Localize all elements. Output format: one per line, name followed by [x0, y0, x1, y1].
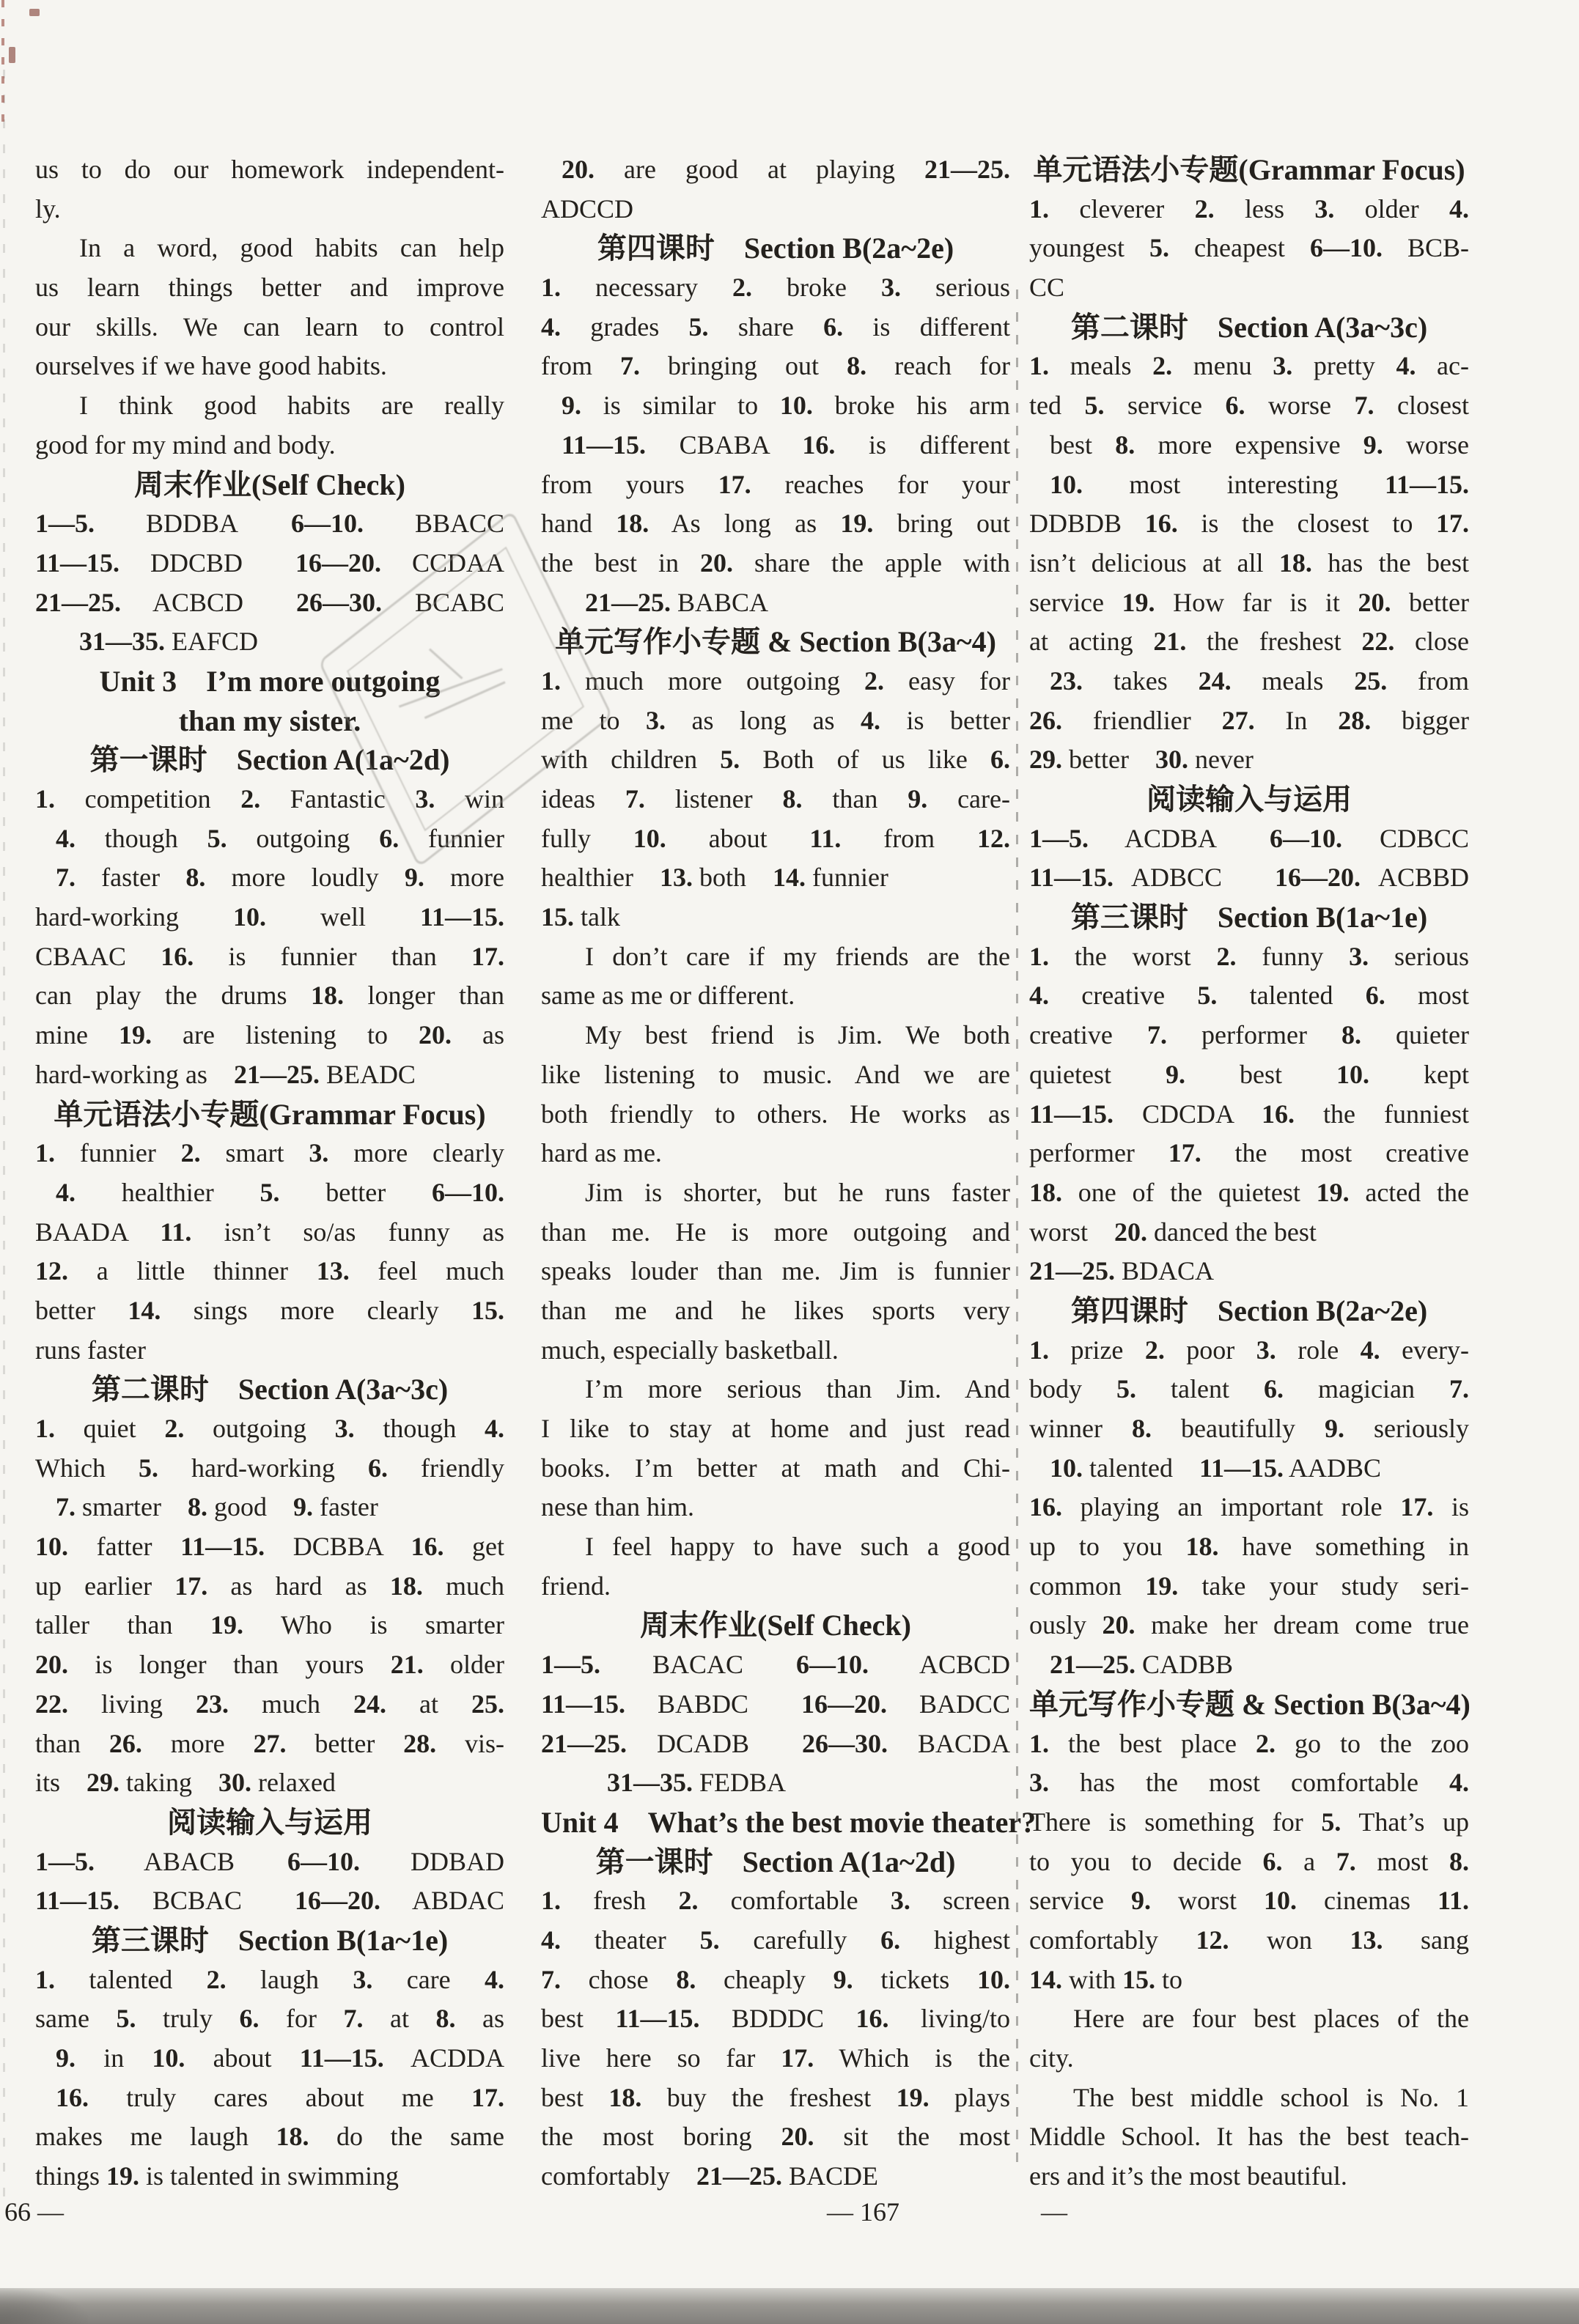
- text-line: 23. takes 24. meals 25. from: [1029, 662, 1469, 701]
- ink-speck: [9, 47, 15, 63]
- text-line: Which 5. hard-working 6. friendly: [35, 1449, 504, 1489]
- section-heading: 第四课时 Section B(2a~2e): [1029, 1291, 1469, 1331]
- text-line: 9. is similar to 10. broke his arm: [541, 386, 1010, 426]
- text-line: 20. is longer than yours 21. older: [35, 1645, 504, 1685]
- text-line: better 14. sings more clearly 15.: [35, 1291, 504, 1331]
- section-heading: 第二课时 Section A(3a~3c): [35, 1370, 504, 1409]
- section-heading: 第四课时 Section B(2a~2e): [541, 229, 1010, 268]
- section-heading: 周末作业(Self Check): [35, 465, 504, 505]
- text-line: I’m more serious than Jim. And: [541, 1370, 1010, 1409]
- text-line: at acting 21. the freshest 22. close: [1029, 622, 1469, 662]
- text-line: 4. grades 5. share 6. is different: [541, 308, 1010, 347]
- text-line: best 18. buy the freshest 19. plays: [541, 2078, 1010, 2118]
- text-line: There is something for 5. That’s up: [1029, 1803, 1469, 1842]
- text-line: 1. necessary 2. broke 3. serious: [541, 268, 1010, 308]
- text-line: Middle School. It has the best teach-: [1029, 2117, 1469, 2157]
- text-line: me to 3. as long as 4. is better: [541, 701, 1010, 741]
- text-line: 11—15. DDCBD 16—20. CCDAA: [35, 544, 504, 583]
- section-heading: 第三课时 Section B(1a~1e): [35, 1921, 504, 1960]
- text-line: 10. talented 11—15. AADBC: [1029, 1449, 1469, 1489]
- text-line: 1. fresh 2. comfortable 3. screen: [541, 1881, 1010, 1921]
- text-line: 4. creative 5. talented 6. most: [1029, 976, 1469, 1016]
- text-line: ted 5. service 6. worse 7. closest: [1029, 386, 1469, 426]
- text-line: can play the drums 18. longer than: [35, 976, 504, 1016]
- text-line: both friendly to others. He works as: [541, 1095, 1010, 1135]
- text-line: 14. with 15. to: [1029, 1960, 1469, 2000]
- column-divider-dashed-line: [1016, 289, 1018, 2173]
- text-line: 10. most interesting 11—15.: [1029, 465, 1469, 505]
- text-line: hard as me.: [541, 1134, 1010, 1173]
- text-line: 11—15. ADBCC 16—20. ACBBD: [1029, 858, 1469, 898]
- section-heading: 单元语法小专题(Grammar Focus): [35, 1095, 504, 1135]
- text-line: to you to decide 6. a 7. most 8.: [1029, 1842, 1469, 1882]
- section-heading: 单元语法小专题(Grammar Focus): [1029, 150, 1469, 190]
- text-line: 11—15. BCBAC 16—20. ABDAC: [35, 1881, 504, 1921]
- section-heading: than my sister.: [35, 701, 504, 741]
- text-line: best 11—15. BDDDC 16. living/to: [541, 1999, 1010, 2039]
- text-line: 4. theater 5. carefully 6. highest: [541, 1921, 1010, 1960]
- text-line: 4. healthier 5. better 6—10.: [35, 1173, 504, 1213]
- text-line: things 19. is talented in swimming: [35, 2157, 504, 2196]
- text-line: from 7. bringing out 8. reach for: [541, 347, 1010, 386]
- text-line: mine 19. are listening to 20. as: [35, 1016, 504, 1055]
- text-line: 31—35. EAFCD: [35, 622, 504, 662]
- text-line: 1. talented 2. laugh 3. care 4.: [35, 1960, 504, 2000]
- text-line: our skills. We can learn to control: [35, 308, 504, 347]
- text-line: ly.: [35, 190, 504, 229]
- text-line: In a word, good habits can help: [35, 229, 504, 268]
- text-line: 1. the worst 2. funny 3. serious: [1029, 937, 1469, 977]
- text-line: performer 17. the most creative: [1029, 1134, 1469, 1173]
- text-line: 20. are good at playing 21—25.: [541, 150, 1010, 190]
- text-line: good for my mind and body.: [35, 426, 504, 465]
- text-line: worst 20. danced the best: [1029, 1213, 1469, 1253]
- text-line: 1—5. ABACB 6—10. DDBAD: [35, 1842, 504, 1882]
- text-line: hard-working 10. well 11—15.: [35, 898, 504, 937]
- text-line: body 5. talent 6. magician 7.: [1029, 1370, 1469, 1409]
- text-line: 29. better 30. never: [1029, 740, 1469, 780]
- text-line: 9. in 10. about 11—15. ACDDA: [35, 2039, 504, 2078]
- text-line: 21—25. DCADB 26—30. BACDA: [541, 1724, 1010, 1764]
- page-number-left: 66 —: [4, 2193, 64, 2232]
- text-line: comfortably 21—25. BACDE: [541, 2157, 1010, 2196]
- ink-speck: [29, 9, 40, 16]
- text-line: the best in 20. share the apple with: [541, 544, 1010, 583]
- text-line: 1. competition 2. Fantastic 3. win: [35, 780, 504, 819]
- left-edge-dashed-line: [3, 70, 5, 2199]
- text-line: 7. chose 8. cheaply 9. tickets 10.: [541, 1960, 1010, 2000]
- text-line: friend.: [541, 1567, 1010, 1606]
- text-line: same 5. truly 6. for 7. at 8. as: [35, 1999, 504, 2039]
- text-line: us to do our homework independent-: [35, 150, 504, 190]
- text-line: taller than 19. Who is smarter: [35, 1606, 504, 1645]
- text-line: CC: [1029, 268, 1469, 308]
- text-line: much, especially basketball.: [541, 1331, 1010, 1371]
- text-line: healthier 13. both 14. funnier: [541, 858, 1010, 898]
- text-line: 1. quiet 2. outgoing 3. though 4.: [35, 1409, 504, 1449]
- section-heading: 第三课时 Section B(1a~1e): [1029, 898, 1469, 937]
- text-line: 21—25. BABCA: [541, 583, 1010, 623]
- text-line: fully 10. about 11. from 12.: [541, 819, 1010, 859]
- section-heading: 第二课时 Section A(3a~3c): [1029, 308, 1469, 347]
- text-line: the most boring 20. sit the most: [541, 2117, 1010, 2157]
- text-line: speaks louder than me. Jim is funnier: [541, 1252, 1010, 1291]
- text-line: ADCCD: [541, 190, 1010, 229]
- section-heading: 周末作业(Self Check): [541, 1606, 1010, 1645]
- text-line: than 26. more 27. better 28. vis-: [35, 1724, 504, 1764]
- text-line: creative 7. performer 8. quieter: [1029, 1016, 1469, 1055]
- text-line: makes me laugh 18. do the same: [35, 2117, 504, 2157]
- column-1: us to do our homework independent-ly.In …: [35, 150, 504, 2196]
- left-edge-red-marks: [1, 0, 4, 125]
- text-line: 4. though 5. outgoing 6. funnier: [35, 819, 504, 859]
- column-2: 20. are good at playing 21—25.ADCCD第四课时 …: [541, 150, 1010, 2196]
- text-line: CBAAC 16. is funnier than 17.: [35, 937, 504, 977]
- answer-key-page: us to do our homework independent-ly.In …: [0, 0, 1579, 2324]
- text-line: its 29. taking 30. relaxed: [35, 1763, 504, 1803]
- text-line: 7. smarter 8. good 9. faster: [35, 1488, 504, 1527]
- text-line: service 19. How far is it 20. better: [1029, 583, 1469, 623]
- text-line: 1. prize 2. poor 3. role 4. every-: [1029, 1331, 1469, 1371]
- footer-dash: —: [1041, 2193, 1067, 2232]
- text-line: up to you 18. have something in: [1029, 1527, 1469, 1567]
- text-line: 1. the best place 2. go to the zoo: [1029, 1724, 1469, 1764]
- text-line: city.: [1029, 2039, 1469, 2078]
- text-line: from yours 17. reaches for your: [541, 465, 1010, 505]
- section-heading: 第一课时 Section A(1a~2d): [541, 1842, 1010, 1882]
- text-line: 12. a little thinner 13. feel much: [35, 1252, 504, 1291]
- section-heading: 阅读输入与运用: [1029, 780, 1469, 819]
- section-heading: 单元写作小专题 & Section B(3a~4): [1029, 1685, 1469, 1724]
- text-line: quietest 9. best 10. kept: [1029, 1055, 1469, 1095]
- text-line: The best middle school is No. 1: [1029, 2078, 1469, 2118]
- text-line: 10. fatter 11—15. DCBBA 16. get: [35, 1527, 504, 1567]
- text-line: runs faster: [35, 1331, 504, 1371]
- text-line: 18. one of the quietest 19. acted the: [1029, 1173, 1469, 1213]
- text-line: 1. cleverer 2. less 3. older 4.: [1029, 190, 1469, 229]
- text-line: us learn things better and improve: [35, 268, 504, 308]
- text-line: nese than him.: [541, 1488, 1010, 1527]
- text-line: up earlier 17. as hard as 18. much: [35, 1567, 504, 1606]
- text-line: 1—5. BDDBA 6—10. BBACC: [35, 504, 504, 544]
- text-line: 21—25. CADBB: [1029, 1645, 1469, 1685]
- text-line: common 19. take your study seri-: [1029, 1567, 1469, 1606]
- text-line: 1. meals 2. menu 3. pretty 4. ac-: [1029, 347, 1469, 386]
- text-line: comfortably 12. won 13. sang: [1029, 1921, 1469, 1960]
- text-line: 15. talk: [541, 898, 1010, 937]
- section-heading: 第一课时 Section A(1a~2d): [35, 740, 504, 780]
- text-line: My best friend is Jim. We both: [541, 1016, 1010, 1055]
- text-line: winner 8. beautifully 9. seriously: [1029, 1409, 1469, 1449]
- section-heading: 阅读输入与运用: [35, 1803, 504, 1842]
- text-line: same as me or different.: [541, 976, 1010, 1016]
- text-line: youngest 5. cheapest 6—10. BCB-: [1029, 229, 1469, 268]
- text-line: I think good habits are really: [35, 386, 504, 426]
- text-line: I don’t care if my friends are the: [541, 937, 1010, 977]
- text-line: 26. friendlier 27. In 28. bigger: [1029, 701, 1469, 741]
- text-line: service 9. worst 10. cinemas 11.: [1029, 1881, 1469, 1921]
- text-line: than me. He is more outgoing and: [541, 1213, 1010, 1253]
- section-heading: Unit 3 I’m more outgoing: [35, 662, 504, 701]
- text-line: hand 18. As long as 19. bring out: [541, 504, 1010, 544]
- text-line: with children 5. Both of us like 6.: [541, 740, 1010, 780]
- text-line: ously 20. make her dream come true: [1029, 1606, 1469, 1645]
- scanner-shadow-band: [0, 2288, 1579, 2324]
- text-line: 1—5. ACDBA 6—10. CDBCC: [1029, 819, 1469, 859]
- text-line: I like to stay at home and just read: [541, 1409, 1010, 1449]
- text-line: ourselves if we have good habits.: [35, 347, 504, 386]
- text-line: 3. has the most comfortable 4.: [1029, 1763, 1469, 1803]
- text-line: 16. truly cares about me 17.: [35, 2078, 504, 2118]
- text-line: 1. funnier 2. smart 3. more clearly: [35, 1134, 504, 1173]
- text-line: BAADA 11. isn’t so/as funny as: [35, 1213, 504, 1253]
- text-line: 11—15. BABDC 16—20. BADCC: [541, 1685, 1010, 1724]
- text-line: Jim is shorter, but he runs faster: [541, 1173, 1010, 1213]
- text-line: than me and he likes sports very: [541, 1291, 1010, 1331]
- text-line: I feel happy to have such a good: [541, 1527, 1010, 1567]
- text-line: 22. living 23. much 24. at 25.: [35, 1685, 504, 1724]
- text-line: 21—25. ACBCD 26—30. BCABC: [35, 583, 504, 623]
- text-line: isn’t delicious at all 18. has the best: [1029, 544, 1469, 583]
- page-number-right: — 167: [827, 2193, 899, 2232]
- text-line: Here are four best places of the: [1029, 1999, 1469, 2039]
- text-line: 7. faster 8. more loudly 9. more: [35, 858, 504, 898]
- text-line: ers and it’s the most beautiful.: [1029, 2157, 1469, 2196]
- text-line: 11—15. CDCDA 16. the funniest: [1029, 1095, 1469, 1135]
- section-heading: Unit 4 What’s the best movie theater?: [541, 1803, 1010, 1842]
- text-line: live here so far 17. Which is the: [541, 2039, 1010, 2078]
- text-line: DDBDB 16. is the closest to 17.: [1029, 504, 1469, 544]
- text-line: like listening to music. And we are: [541, 1055, 1010, 1095]
- text-line: 1—5. BACAC 6—10. ACBCD: [541, 1645, 1010, 1685]
- column-3: 单元语法小专题(Grammar Focus)1. cleverer 2. les…: [1029, 150, 1469, 2196]
- text-line: 11—15. CBABA 16. is different: [541, 426, 1010, 465]
- text-line: hard-working as 21—25. BEADC: [35, 1055, 504, 1095]
- text-line: 31—35. FEDBA: [541, 1763, 1010, 1803]
- text-line: books. I’m better at math and Chi-: [541, 1449, 1010, 1489]
- section-heading: 单元写作小专题 & Section B(3a~4): [541, 622, 1010, 662]
- text-line: best 8. more expensive 9. worse: [1029, 426, 1469, 465]
- text-line: 21—25. BDACA: [1029, 1252, 1469, 1291]
- text-line: 1. much more outgoing 2. easy for: [541, 662, 1010, 701]
- text-line: ideas 7. listener 8. than 9. care-: [541, 780, 1010, 819]
- text-line: 16. playing an important role 17. is: [1029, 1488, 1469, 1527]
